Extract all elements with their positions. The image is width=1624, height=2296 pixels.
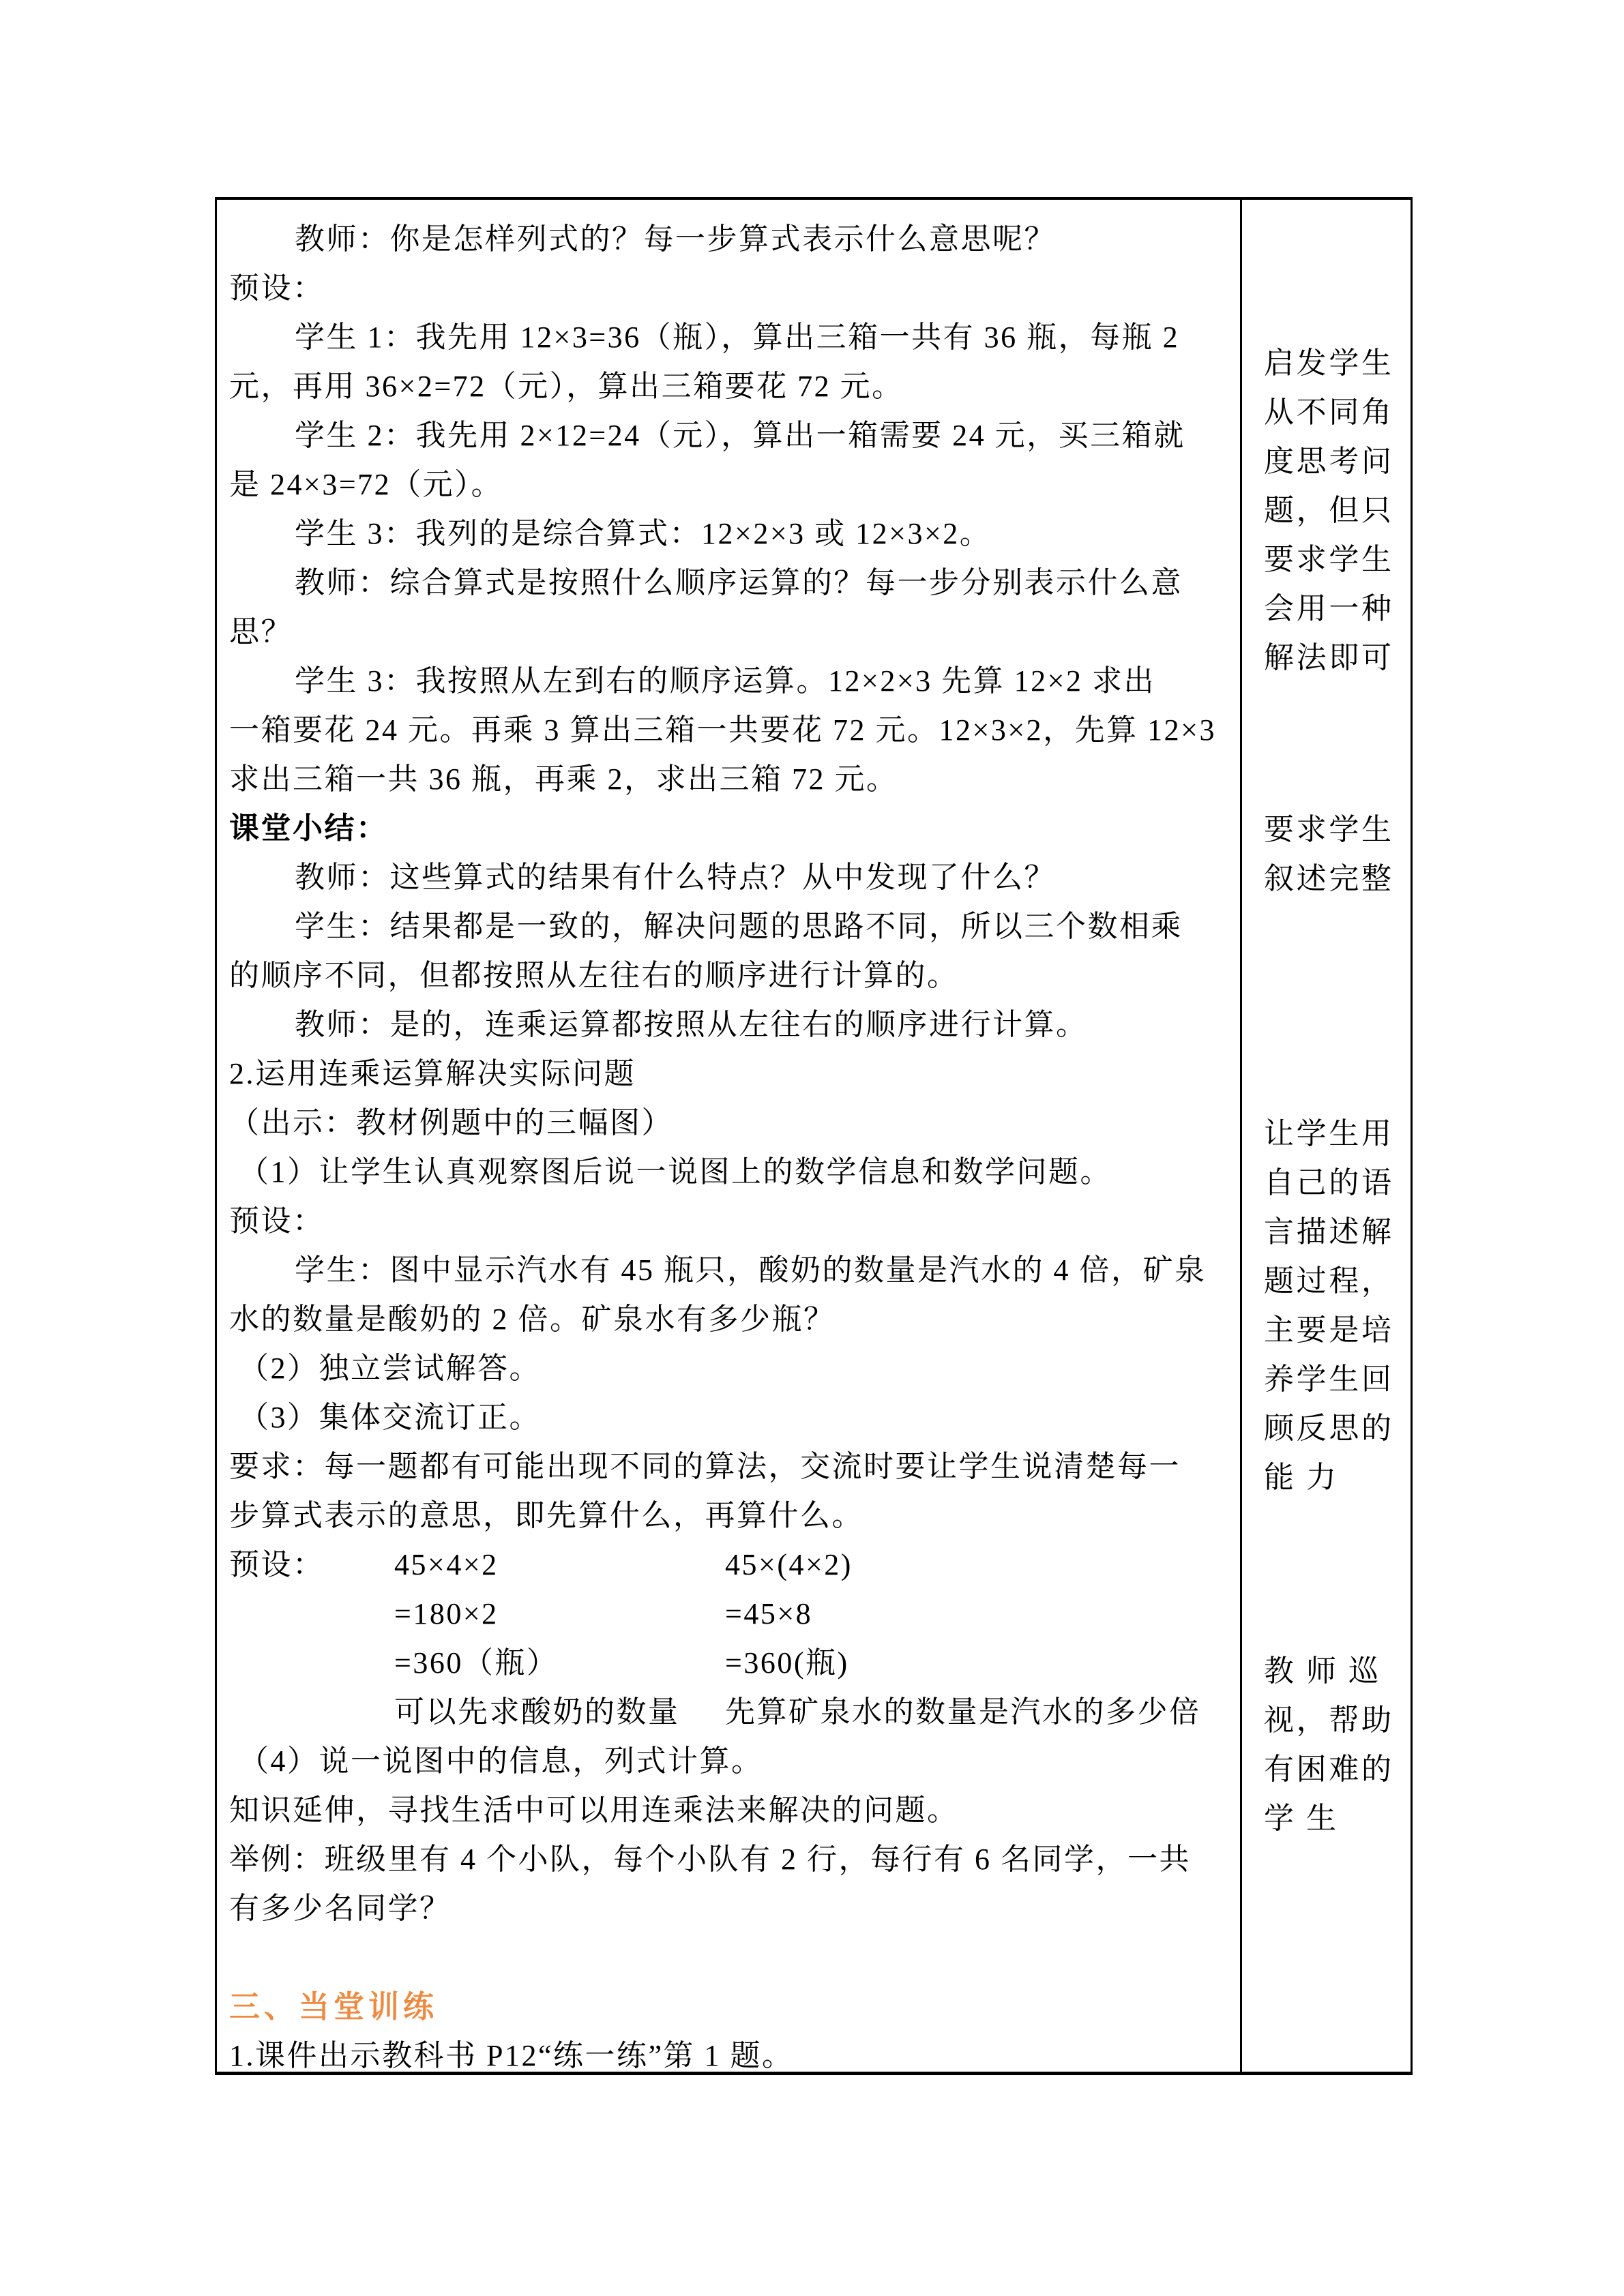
text-line bbox=[229, 1933, 1232, 1982]
margin-note: 教师巡视，帮助有困难的学生 bbox=[1264, 1647, 1391, 1843]
equation-column-1: =180×2 bbox=[394, 1590, 499, 1639]
equation-column-1: 可以先求酸奶的数量 bbox=[394, 1688, 680, 1737]
margin-note-line: 学生 bbox=[1264, 1794, 1391, 1843]
text-line: 学生 1：我先用 12×3=36（瓶），算出三箱一共有 36 瓶，每瓶 2 bbox=[229, 313, 1232, 362]
text-line: 步算式表示的意思，即先算什么，再算什么。 bbox=[229, 1491, 1232, 1540]
text-line: 元，再用 36×2=72（元），算出三箱要花 72 元。 bbox=[229, 362, 1232, 411]
margin-note-line: 有困难的 bbox=[1264, 1745, 1391, 1794]
margin-note-line: 要求学生 bbox=[1264, 805, 1391, 854]
margin-note-line: 言描述解 bbox=[1264, 1208, 1391, 1257]
margin-note-line: 解法即可 bbox=[1264, 633, 1391, 683]
main-content-cell: 教师：你是怎样列式的？每一步算式表示什么意思呢？预设：学生 1：我先用 12×3… bbox=[217, 200, 1240, 2072]
margin-note: 要求学生叙述完整 bbox=[1264, 805, 1391, 904]
text-line: 2.运用连乘运算解决实际问题 bbox=[229, 1049, 1232, 1099]
text-line: 要求：每一题都有可能出现不同的算法，交流时要让学生说清楚每一 bbox=[229, 1442, 1232, 1491]
text-line: 学生 2：我先用 2×12=24（元），算出一箱需要 24 元，买三箱就 bbox=[229, 411, 1232, 460]
margin-note-line: 视，帮助 bbox=[1264, 1696, 1391, 1745]
text-line: 教师：你是怎样列式的？每一步算式表示什么意思呢？ bbox=[229, 215, 1232, 264]
text-line: 是 24×3=72（元）。 bbox=[229, 460, 1232, 509]
text-line: 求出三箱一共 36 瓶，再乘 2，求出三箱 72 元。 bbox=[229, 755, 1232, 804]
equation-label: 预设： bbox=[229, 1548, 325, 1581]
lesson-plan-table: 教师：你是怎样列式的？每一步算式表示什么意思呢？预设：学生 1：我先用 12×3… bbox=[215, 197, 1413, 2075]
text-line: 教师：综合算式是按照什么顺序运算的？每一步分别表示什么意 bbox=[229, 558, 1232, 608]
margin-note-line: 度思考问 bbox=[1264, 437, 1391, 486]
text-line: 学生：图中显示汽水有 45 瓶只，酸奶的数量是汽水的 4 倍，矿泉 bbox=[229, 1246, 1232, 1295]
document-page: 教师：你是怎样列式的？每一步算式表示什么意思呢？预设：学生 1：我先用 12×3… bbox=[0, 0, 1624, 2296]
text-line: =180×2=45×8 bbox=[229, 1590, 1232, 1639]
text-line: 学生：结果都是一致的，解决问题的思路不同，所以三个数相乘 bbox=[229, 902, 1232, 951]
margin-note-line: 会用一种 bbox=[1264, 584, 1391, 633]
equation-column-2: =45×8 bbox=[725, 1590, 812, 1639]
margin-note: 启发学生从不同角度思考问题，但只要求学生会用一种解法即可 bbox=[1264, 339, 1391, 683]
margin-note-line: 题，但只 bbox=[1264, 486, 1391, 535]
text-line: 一箱要花 24 元。再乘 3 算出三箱一共要花 72 元。12×3×2，先算 1… bbox=[229, 706, 1232, 755]
text-line: （1）让学生认真观察图后说一说图上的数学信息和数学问题。 bbox=[229, 1148, 1232, 1197]
text-line: 预设： bbox=[229, 264, 1232, 313]
text-line: （2）独立尝试解答。 bbox=[229, 1344, 1232, 1393]
margin-note-line: 让学生用 bbox=[1264, 1109, 1391, 1159]
margin-note-line: 自己的语 bbox=[1264, 1159, 1391, 1208]
text-line: 1.课件出示教科书 P12“练一练”第 1 题。 bbox=[229, 2031, 1232, 2072]
margin-note-line: 主要是培 bbox=[1264, 1306, 1391, 1355]
text-line: （4）说一说图中的信息，列式计算。 bbox=[229, 1737, 1232, 1786]
teacher-notes-cell: 启发学生从不同角度思考问题，但只要求学生会用一种解法即可要求学生叙述完整让学生用… bbox=[1240, 200, 1411, 2072]
text-line: 课堂小结： bbox=[229, 804, 1232, 853]
text-line: 教师：是的，连乘运算都按照从左往右的顺序进行计算。 bbox=[229, 1000, 1232, 1049]
margin-note-line: 顾反思的 bbox=[1264, 1404, 1391, 1453]
margin-note-line: 教师巡 bbox=[1264, 1647, 1391, 1696]
text-line: 有多少名同学？ bbox=[229, 1884, 1232, 1933]
equation-column-2: 45×(4×2) bbox=[725, 1540, 853, 1590]
text-line: 教师：这些算式的结果有什么特点？从中发现了什么？ bbox=[229, 853, 1232, 902]
text-line: （出示：教材例题中的三幅图） bbox=[229, 1099, 1232, 1148]
text-line: =360（瓶）=360(瓶) bbox=[229, 1639, 1232, 1688]
equation-column-1: 45×4×2 bbox=[394, 1540, 499, 1590]
text-line: 知识延伸，寻找生活中可以用连乘法来解决的问题。 bbox=[229, 1786, 1232, 1835]
text-line: 学生 3：我列的是综合算式：12×2×3 或 12×3×2。 bbox=[229, 509, 1232, 558]
section-heading: 三、当堂训练 bbox=[229, 1982, 1232, 2031]
text-line: 可以先求酸奶的数量先算矿泉水的数量是汽水的多少倍 bbox=[229, 1688, 1232, 1737]
text-line: 学生 3：我按照从左到右的顺序运算。12×2×3 先算 12×2 求出 bbox=[229, 657, 1232, 706]
margin-note-line: 叙述完整 bbox=[1264, 854, 1391, 904]
margin-note-line: 养学生回 bbox=[1264, 1355, 1391, 1404]
equation-column-1: =360（瓶） bbox=[394, 1639, 558, 1688]
margin-note-line: 启发学生 bbox=[1264, 339, 1391, 388]
margin-note-line: 要求学生 bbox=[1264, 535, 1391, 584]
text-line: 的顺序不同，但都按照从左往右的顺序进行计算的。 bbox=[229, 951, 1232, 1000]
text-line: （3）集体交流订正。 bbox=[229, 1393, 1232, 1442]
text-line: 举例：班级里有 4 个小队，每个小队有 2 行，每行有 6 名同学，一共 bbox=[229, 1835, 1232, 1884]
margin-note-line: 题过程， bbox=[1264, 1257, 1391, 1306]
equation-column-2: 先算矿泉水的数量是汽水的多少倍 bbox=[725, 1688, 1201, 1737]
text-line: 水的数量是酸奶的 2 倍。矿泉水有多少瓶？ bbox=[229, 1295, 1232, 1344]
equation-column-2: =360(瓶) bbox=[725, 1639, 849, 1688]
text-line: 预设：45×4×245×(4×2) bbox=[229, 1540, 1232, 1590]
margin-note-line: 从不同角 bbox=[1264, 388, 1391, 437]
margin-note: 让学生用自己的语言描述解题过程，主要是培养学生回顾反思的能力 bbox=[1264, 1109, 1391, 1502]
margin-note-line: 能力 bbox=[1264, 1453, 1391, 1502]
text-line: 预设： bbox=[229, 1197, 1232, 1246]
text-line: 思？ bbox=[229, 608, 1232, 657]
